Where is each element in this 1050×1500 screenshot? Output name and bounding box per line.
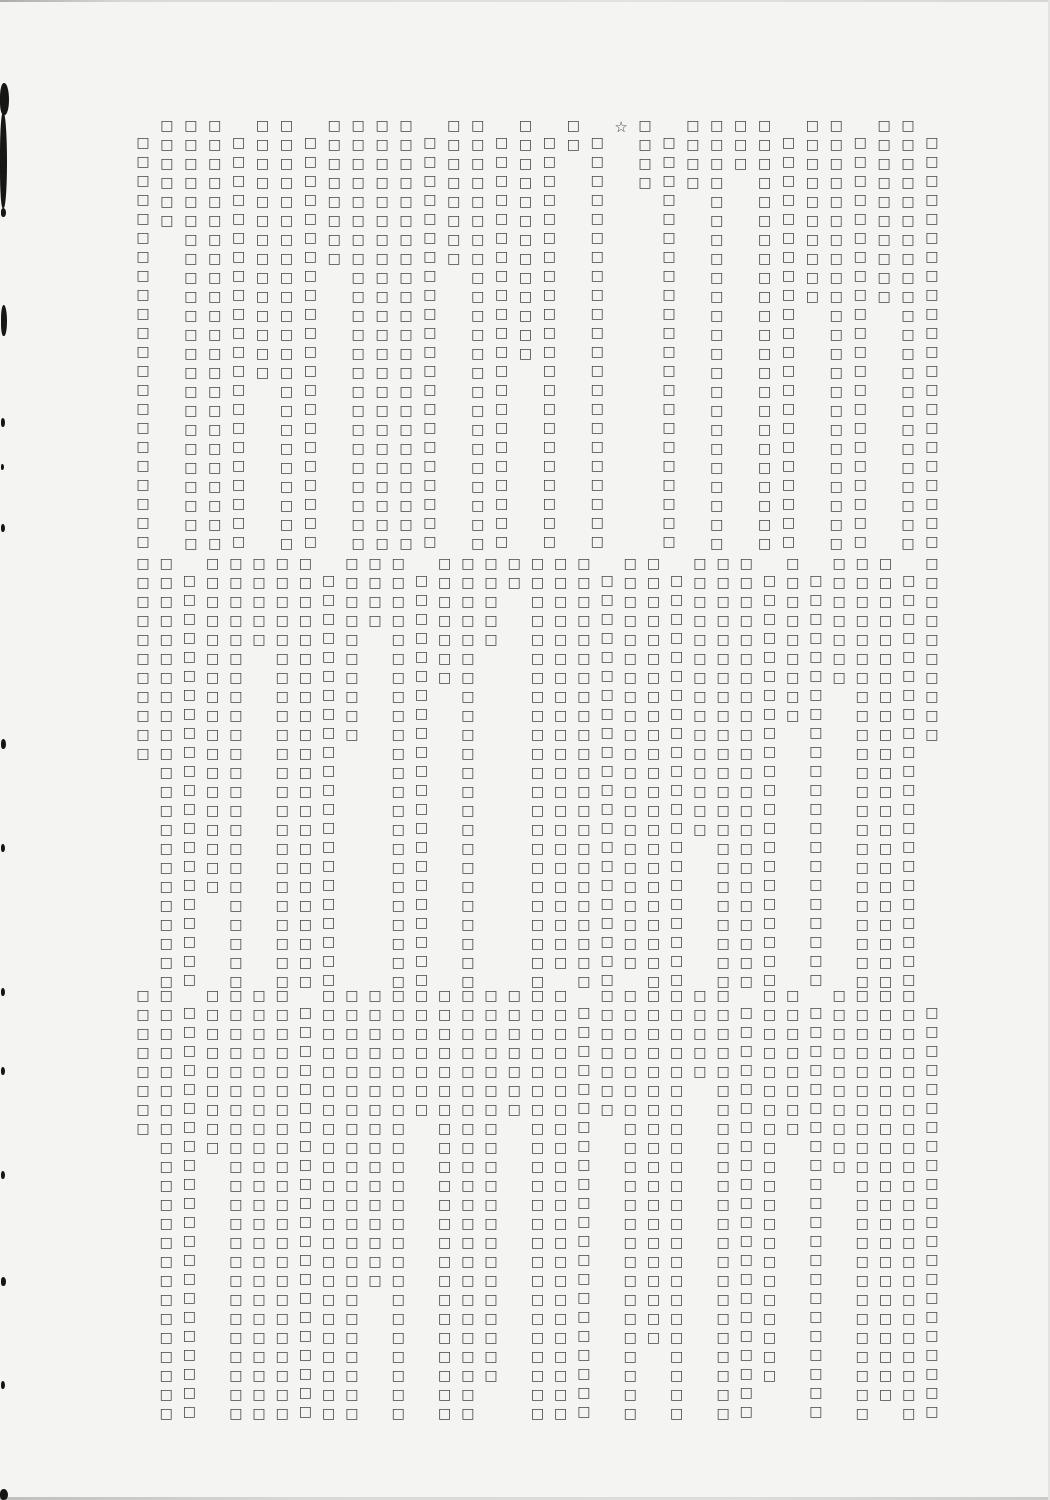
redacted-text-column: □□□□ [365,556,382,950]
redacted-text-column: □□□□□□□□□□□□□□□□□□□□□□ [922,988,939,1382]
scan-artifact-mark [0,112,7,208]
redacted-text-column: □□□□ [683,118,700,512]
redacted-text-column: □□□□□□ [157,118,174,512]
scan-artifact-mark [1,305,7,336]
redacted-text-column: □□□□□□□□ [324,118,341,512]
redacted-text-column: □□□□□□□□□□ [874,118,891,512]
text-band-3: □□□□□□□□□□□□□□□□□□□□□□□□□□□□□□□□□□□□□□□□… [133,988,939,1382]
redacted-text-column: □□ [504,556,521,950]
redacted-text-column: □□□□□□□ [829,556,846,950]
redacted-text-column: □□□□□□□□□□□ [133,556,150,950]
redacted-text-column: □□□□□□□□□□□□□□□□□□□□□□□ [435,988,452,1382]
redacted-text-column: □□□□□□□□□□□□□□□□ [365,988,382,1382]
scan-artifact-mark [1,524,5,532]
redacted-text-column: □□□□□□□□□□□□□□□□□□□□□□□ [295,556,312,950]
redacted-text-column: □□□□□□□□□□□□□□□□□□□□□□ [300,118,317,512]
scan-artifact-mark [1,844,5,852]
redacted-text-column: □□□□□□□□□□□□□□□□□□□□□□□ [319,988,336,1382]
scan-artifact-mark [1,418,5,427]
scan-artifact-mark [0,1489,8,1500]
redacted-text-column: □□□□□□□□□□□□□□□□□□ [203,556,220,950]
redacted-text-column: □□□□□□□□□□□□□□ [253,118,270,512]
redacted-text-column: □□□□□□□□□□□□□□□□□□□□□□□ [388,556,405,950]
redacted-text-column: □□□□□□□□□□□□□□□□□□□□□□□ [527,988,544,1382]
redacted-text-column: □□□□□□□□□□□□□□□□□□□□□□□ [468,118,485,512]
redacted-text-column: □□□□□□□□□□□□□□□□□□□□□□□ [899,988,916,1382]
redacted-text-column: □□□□□□□□□□□□□□□□□□□□□□□ [713,988,730,1382]
redacted-text-column: □□□□□□□□□□□□□□□□□□□□□□ [620,556,637,950]
redacted-text-column: □□□ [731,118,748,512]
redacted-text-column: □□□□□□□□□□□□□□□□□□□□□□□ [205,118,222,512]
redacted-text-column: □□□□□□□ [504,988,521,1382]
redacted-text-column: □□□□□□□□□□□□□□□□□□□□□□□ [707,118,724,512]
redacted-text-column: □□□□□□□□□□□□□□□□□□□□□□ [806,988,823,1382]
scan-artifact-mark [1,1171,5,1179]
scan-edge-top [0,0,1050,2]
redacted-text-column: □□□□□□□□□□□□□□□□□□□□□□□ [527,556,544,950]
scene-break-star: ☆ [611,118,628,512]
redacted-text-column: □□□□□□□□□□□□□□□□□□□□□□ [597,556,614,950]
redacted-text-column: □□□□□□□□□□□□□□□□□□□□□□ [850,118,867,512]
redacted-text-column: □□□□□□□□□□□□□□□□□□□□□□ [806,556,823,950]
redacted-text-column: □□□□□□□□□□□□□□□□□□□□□□□ [272,988,289,1382]
redacted-text-column: □□□□ [635,118,652,512]
redacted-text-column: □□□□□□□ [411,988,428,1382]
redacted-text-column: □□□□□□□□□□□□□□□□□□□□□□□ [826,118,843,512]
redacted-text-column: □□□□□□□□□□□□□□□□□□□□□□ [539,118,556,512]
redacted-text-column: □□□□□□□□□□□□□□□□□□□□□□□ [249,988,266,1382]
redacted-text-column: □□□□□□□□□□□□□□□□□□□□□□□ [458,988,475,1382]
redacted-text-column: □□□□□□□□□□□□□□□□□□□□□□ [778,118,795,512]
redacted-text-column: □□□□□□□□□□ [922,556,939,950]
redacted-text-column: □□□□□□□□□□□□□□□□□□□□□□□ [181,118,198,512]
redacted-text-column: □□□□□□□□□□□□□□□□□□□□□□ [736,988,753,1382]
redacted-text-column: □□□□□ [690,988,707,1382]
text-band-1: □□□□□□□□□□□□□□□□□□□□□□□□□□□□□□□□□□□□□□□□… [133,118,939,512]
redacted-text-column: □□□□□□□□□□□□□□□□□□□□□□ [179,988,196,1382]
redacted-text-column: □□□□□□□□□□□□□□□□□□□□□□□ [620,988,637,1382]
redacted-text-column: □□□□□□□□□□□□□□□□□□□□□□□ [713,556,730,950]
redacted-text-column: □□□□□□□□□□□□□□□□□□□□□□□ [156,988,173,1382]
scan-artifact-mark [1,1067,5,1075]
scanned-document-page: { "document": { "kind": "scanned novel p… [0,0,1050,1500]
scan-artifact-mark [1,739,6,749]
redacted-text-column: □□□□□□□□□□□□□□□ [690,556,707,950]
redacted-text-column: □□□□□□□□□□□□□□□□□□□□□□ [667,556,684,950]
scan-artifact-mark [1,1381,5,1389]
redacted-text-column: □□□□□□□□□□□□□□□□□□□□□□ [574,988,591,1382]
redacted-text-column: □□□□□□□□□□□□□□□□□□□□□□□ [852,556,869,950]
redacted-text-column: □□□□□□□□□□□□□□□□□□□□□□□ [458,556,475,950]
scan-artifact-mark [1,464,4,470]
redacted-text-column: □□□□□□□□□□□□□□□□□□□□□□□ [574,556,591,950]
redacted-text-column: □□□□□□□□□□□□□□□□□□□□□□ [899,556,916,950]
redacted-text-column: □□□□□□□□□□□□□□□□□□□□□□ [319,556,336,950]
redacted-text-column: □□□□□ [249,556,266,950]
text-band-2: □□□□□□□□□□□□□□□□□□□□□□□□□□□□□□□□□□□□□□□□… [133,556,939,950]
redacted-text-column: □□□□□□□□□□□□□□□□□□□□□□□ [372,118,389,512]
redacted-text-column: □□□□□□□□□□□□□□□□□□□□□□ [229,118,246,512]
redacted-text-column: □□□□□□□□□□□□□□□□□□□□□□□ [667,988,684,1382]
redacted-text-column: □□□□□□□□ [133,988,150,1382]
redacted-text-column: □□□□□□□□ [783,988,800,1382]
scan-artifact-mark [1,988,5,996]
redacted-text-column: □□□□□□□□□□□□□ [516,118,533,512]
scan-artifact-mark [1,1277,6,1286]
redacted-text-column: □□□□□□□□□□□□□□□□□□□□□□ [922,118,939,512]
redacted-text-column: □□□□□□□□□□□□□□□□□□□□□□ [492,118,509,512]
redacted-text-column: □□□□□□□□□□□□□□□□□□□ [643,988,660,1382]
page-background: □□□□□□□□□□□□□□□□□□□□□□□□□□□□□□□□□□□□□□□□… [0,0,1050,1500]
scan-artifact-mark [0,83,9,115]
redacted-text-column: □□□□□□□□□□ [342,556,359,950]
redacted-text-column: □□□□□□□□□□□□□□□□□□□□□□ [587,118,604,512]
scan-artifact-mark [1,208,6,217]
redacted-text-column: □□□□□□□□□□□□□□□□□□□□□□ [295,988,312,1382]
redacted-text-column: □□□□□□□□□□ [802,118,819,512]
redacted-text-column: □□□□□□□□□□□□□□□□□□□□□□ [133,118,150,512]
redacted-text-column: □□□□□□□□□□□□□□□□□□□□□□□ [876,556,893,950]
redacted-text-column: □□□□□□□□□□□□□□□□□□□□□□ [551,556,568,950]
redacted-text-column: □□□□□□□□□□□□□□□□□□□□□□□ [755,118,772,512]
redacted-text-column: □□□□□□□□□□□□□□□□□□□□□□□ [342,988,359,1382]
redacted-text-column: □□□□□□□□□□□□□□□□□□□□□□□ [348,118,365,512]
redacted-text-column: □□□□□□□□□□□□□□□□□□□□□□□ [226,556,243,950]
redacted-text-column: □□□□□□□□□□□□□□□□□□□□□□ [759,556,776,950]
redacted-text-column: □□□□□□□ [435,556,452,950]
redacted-text-column: □□□□□□□ [597,988,614,1382]
redacted-text-column: □□□□□□□□□□□□□□□□□□□□□□□ [272,556,289,950]
redacted-text-column: □□□□□□□□□□□□□□□□□□□□□□□ [736,556,753,950]
scan-edge-left-binding [2,0,4,1500]
redacted-text-column: □□□□□□□□□□□□□□□□□□□□□□ [179,556,196,950]
redacted-text-column: □□□□□□□□□□□□□□□□□□□□□□ [420,118,437,512]
redacted-text-column: □□□□□□□□□□□□□□□□□□□□□□□ [898,118,915,512]
redacted-text-column: □□□□□□□□□ [203,988,220,1382]
redacted-text-column: □□□□□□□□ [444,118,461,512]
redacted-text-column: □□□□□□□□□□□□□□□□□□□□□□ [411,556,428,950]
redacted-text-column: □□□□□□□□□□□□□□□□□□□□□ [759,988,776,1382]
redacted-text-column: □□□□□□□□□□□□□□□□□□□□□□□ [276,118,293,512]
redacted-text-column: □□□□□□□□□□□□□□□□□□□□□□ [659,118,676,512]
redacted-text-column: □□□□□□□□□□□□□□□□□□□□□□□ [156,556,173,950]
redacted-text-column: □□ [563,118,580,512]
redacted-text-column: □□□□□□□□□ [783,556,800,950]
redacted-text-column: □□□□□□□□□□□□□□□□□□□□□□□ [396,118,413,512]
redacted-text-column: □□□□□□□□□□□□□□□□□□□□□□□ [388,988,405,1382]
redacted-text-column: □□□□□□□□□□□□□□□□□□□□□□ [876,988,893,1382]
redacted-text-column: □□□□□ [481,556,498,950]
redacted-text-column: □□□□□□□□□□□□□□□□□□□□□ [481,988,498,1382]
redacted-text-column: □□□□□□□□□□□□□□□□□□□□□□□ [226,988,243,1382]
redacted-text-column: □□□□□□□□□□□□□□□□□□□□□□□ [852,988,869,1382]
redacted-text-column: □□□□□□□□□□□□□□□□□□□□□□□ [643,556,660,950]
redacted-text-column: □□□□□□□□□□ [829,988,846,1382]
redacted-text-column: □□□□□□□□□□□□□□□□□□□□□□□ [551,988,568,1382]
